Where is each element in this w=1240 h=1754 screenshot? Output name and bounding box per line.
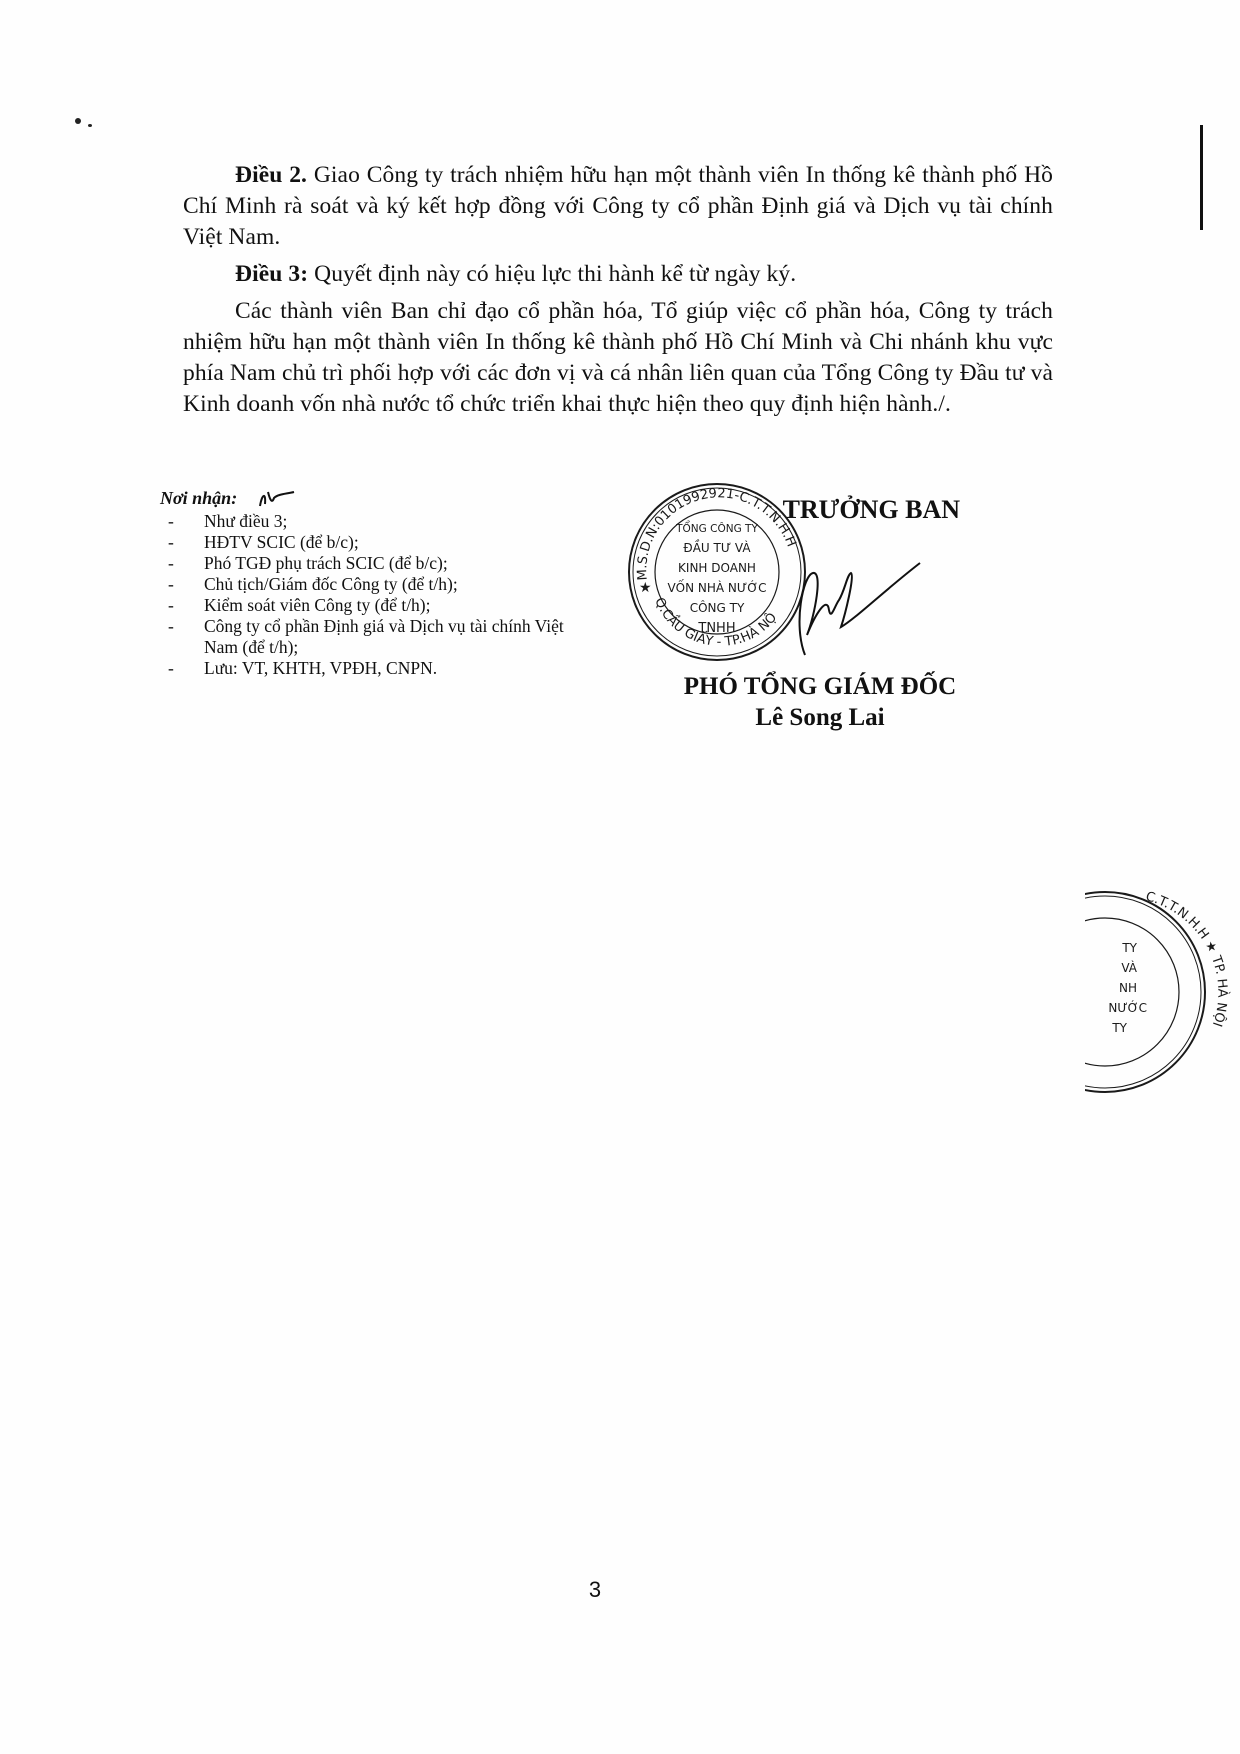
handwritten-signature-icon bbox=[775, 555, 925, 665]
recipients-block: Nơi nhận: -Như điều 3; -HĐTV SCIC (để b/… bbox=[160, 488, 580, 679]
recipient-item: -HĐTV SCIC (để b/c); bbox=[160, 532, 580, 553]
recipient-text: Kiểm soát viên Công ty (để t/h); bbox=[204, 595, 431, 615]
bullet-dash: - bbox=[168, 595, 174, 616]
recipient-text: HĐTV SCIC (để b/c); bbox=[204, 532, 359, 552]
seal-line: CÔNG TY bbox=[690, 600, 745, 615]
article-3-text: Quyết định này có hiệu lực thi hành kể t… bbox=[308, 261, 796, 287]
bullet-dash: - bbox=[168, 658, 174, 679]
recipient-text: Lưu: VT, KHTH, VPĐH, CNPN. bbox=[204, 658, 437, 678]
initial-scrawl-icon bbox=[256, 488, 296, 510]
signer-name: Lê Song Lai bbox=[640, 704, 1000, 732]
partial-seal-line: TY bbox=[1111, 1021, 1127, 1035]
seal-line: TNHH bbox=[697, 621, 735, 636]
bullet-dash: - bbox=[168, 616, 174, 637]
recipient-item: -Như điều 3; bbox=[160, 511, 580, 532]
partial-seal-line: NH bbox=[1119, 981, 1137, 995]
seal-line: VỐN NHÀ NƯỚC bbox=[667, 579, 766, 595]
recipient-text: Chủ tịch/Giám đốc Công ty (để t/h); bbox=[204, 574, 458, 594]
partial-seal-line: TY bbox=[1121, 941, 1137, 955]
partial-seal-line: NƯỚC bbox=[1108, 1000, 1147, 1015]
signer-role-top: TRƯỞNG BAN bbox=[640, 495, 1000, 525]
recipient-item: -Kiểm soát viên Công ty (để t/h); bbox=[160, 595, 580, 616]
recipient-text: Như điều 3; bbox=[204, 511, 287, 531]
signer-title: PHÓ TỔNG GIÁM ĐỐC bbox=[640, 673, 1000, 701]
partial-seal-icon: C.T.T.N.H.H ★ TP. HÀ NỘI TY VÀ NH NƯỚC T… bbox=[1085, 880, 1240, 1095]
seal-star-icon: ★ bbox=[639, 581, 652, 596]
recipient-item: -Phó TGĐ phụ trách SCIC (để b/c); bbox=[160, 553, 580, 574]
scan-speck bbox=[88, 124, 92, 127]
article-3: Điều 3: Quyết định này có hiệu lực thi h… bbox=[183, 259, 1053, 290]
bullet-dash: - bbox=[168, 511, 174, 532]
body-text: Điều 2. Giao Công ty trách nhiệm hữu hạn… bbox=[183, 160, 1053, 426]
recipient-text: Phó TGĐ phụ trách SCIC (để b/c); bbox=[204, 553, 448, 573]
recipient-item: -Công ty cổ phần Định giá và Dịch vụ tài… bbox=[160, 616, 580, 658]
svg-text:C.T.T.N.H.H ★ TP. HÀ NỘI: C.T.T.N.H.H ★ TP. HÀ NỘI bbox=[1144, 889, 1231, 1028]
article-2-label: Điều 2. bbox=[235, 162, 307, 188]
document-page: Điều 2. Giao Công ty trách nhiệm hữu hạn… bbox=[0, 0, 1240, 1754]
implementation-paragraph: Các thành viên Ban chỉ đạo cổ phần hóa, … bbox=[183, 296, 1053, 420]
scan-speck bbox=[75, 118, 81, 124]
seal-line: ĐẦU TƯ VÀ bbox=[683, 539, 751, 555]
seal-line: KINH DOANH bbox=[678, 561, 756, 575]
bullet-dash: - bbox=[168, 532, 174, 553]
recipient-text: Công ty cổ phần Định giá và Dịch vụ tài … bbox=[204, 616, 564, 657]
recipients-heading: Nơi nhận: bbox=[160, 488, 580, 509]
bullet-dash: - bbox=[168, 574, 174, 595]
article-2-text: Giao Công ty trách nhiệm hữu hạn một thà… bbox=[183, 162, 1053, 250]
scan-edge-line bbox=[1200, 125, 1203, 230]
article-3-label: Điều 3: bbox=[235, 261, 308, 287]
recipient-item: -Lưu: VT, KHTH, VPĐH, CNPN. bbox=[160, 658, 580, 679]
article-2: Điều 2. Giao Công ty trách nhiệm hữu hạn… bbox=[183, 160, 1053, 253]
implementation-text: Các thành viên Ban chỉ đạo cổ phần hóa, … bbox=[183, 298, 1053, 417]
bullet-dash: - bbox=[168, 553, 174, 574]
recipient-item: -Chủ tịch/Giám đốc Công ty (để t/h); bbox=[160, 574, 580, 595]
partial-seal-ring-text: C.T.T.N.H.H ★ TP. HÀ NỘI bbox=[1144, 889, 1231, 1028]
page-number: 3 bbox=[0, 1577, 1190, 1603]
partial-seal-line: VÀ bbox=[1121, 960, 1137, 975]
